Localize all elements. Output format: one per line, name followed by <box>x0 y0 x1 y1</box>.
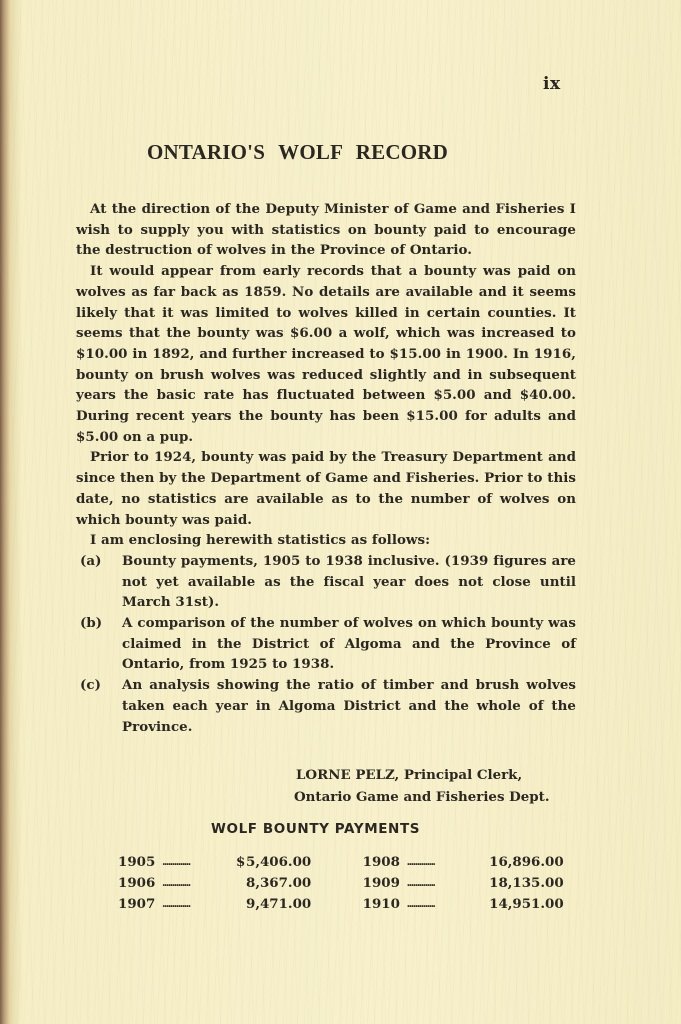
amount-cell: 5,406.00 <box>246 852 308 873</box>
list-item: (b) A comparison of the number of wolves… <box>76 613 576 675</box>
amount-cell: 18,135.00 <box>489 873 564 894</box>
amount-cell: 9,471.00 <box>246 894 308 915</box>
currency-symbol: $ <box>236 852 246 873</box>
table-column-left: 1905 .............. $ 5,406.00 1906 ....… <box>118 852 308 915</box>
leader-dots: .............. <box>407 894 489 915</box>
leader-dots: .............. <box>162 894 244 915</box>
leader-dots: .............. <box>407 873 489 894</box>
letter-body: At the direction of the Deputy Minister … <box>76 199 576 737</box>
page-title: ONTARIO'S WOLF RECORD <box>147 140 487 165</box>
paragraph: Prior to 1924, bounty was paid by the Tr… <box>76 447 576 530</box>
table-row: 1910 .............. 14,951.00 <box>363 894 564 915</box>
amount-cell: 8,367.00 <box>246 873 308 894</box>
list-item: (c) An analysis showing the ratio of tim… <box>76 675 576 737</box>
list-label: (c) <box>76 675 122 737</box>
paragraph: I am enclosing herewith statistics as fo… <box>76 530 576 551</box>
table-row: 1905 .............. $ 5,406.00 <box>118 852 308 873</box>
year-cell: 1910 <box>363 894 407 915</box>
year-cell: 1906 <box>118 873 162 894</box>
bounty-table: 1905 .............. $ 5,406.00 1906 ....… <box>118 852 564 915</box>
year-cell: 1908 <box>363 852 407 873</box>
table-column-right: 1908 .............. 16,896.00 1909 .....… <box>363 852 564 915</box>
signature-department: Ontario Game and Fisheries Dept. <box>294 786 550 808</box>
book-page: ix ONTARIO'S WOLF RECORD At the directio… <box>0 0 681 1024</box>
year-cell: 1905 <box>118 852 162 873</box>
leader-dots: .............. <box>162 873 244 894</box>
table-title: WOLF BOUNTY PAYMENTS <box>211 821 420 837</box>
signature-name: LORNE PELZ, Principal Clerk, <box>296 764 550 786</box>
paragraph: It would appear from early records that … <box>76 261 576 447</box>
list-label: (a) <box>76 551 122 613</box>
leader-dots: .............. <box>407 852 489 873</box>
table-row: 1908 .............. 16,896.00 <box>363 852 564 873</box>
year-cell: 1907 <box>118 894 162 915</box>
list-text: Bounty payments, 1905 to 1938 inclusive.… <box>122 551 576 613</box>
list-item: (a) Bounty payments, 1905 to 1938 inclus… <box>76 551 576 613</box>
leader-dots: .............. <box>162 852 244 873</box>
table-row: 1906 .............. 8,367.00 <box>118 873 308 894</box>
year-cell: 1909 <box>363 873 407 894</box>
paragraph: At the direction of the Deputy Minister … <box>76 199 576 261</box>
amount-cell: 14,951.00 <box>489 894 564 915</box>
table-row: 1907 .............. 9,471.00 <box>118 894 308 915</box>
list-label: (b) <box>76 613 122 675</box>
table-row: 1909 .............. 18,135.00 <box>363 873 564 894</box>
list-text: An analysis showing the ratio of timber … <box>122 675 576 737</box>
page-number: ix <box>543 74 561 94</box>
signature-block: LORNE PELZ, Principal Clerk, Ontario Gam… <box>296 764 550 808</box>
list-text: A comparison of the number of wolves on … <box>122 613 576 675</box>
amount-cell: 16,896.00 <box>489 852 564 873</box>
